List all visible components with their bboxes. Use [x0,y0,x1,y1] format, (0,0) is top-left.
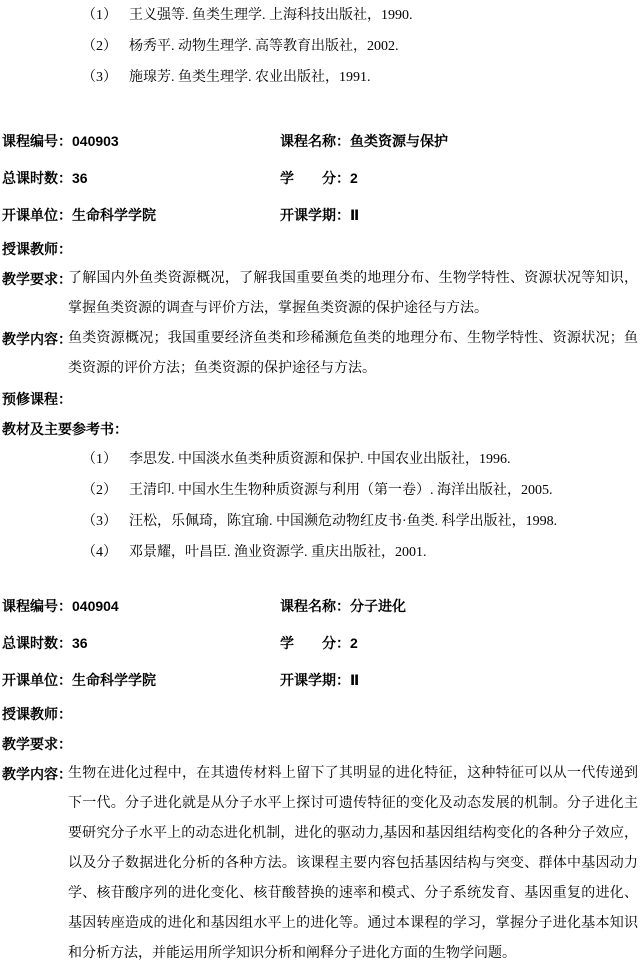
teaching-content-text: 生物在进化过程中，在其遗传材料上留下了其明显的进化特征，这种特征可以从一代传递到… [68,766,638,961]
textbook-text: 汪松，乐佩琦，陈宜瑜. 中国濒危动物红皮书·鱼类. 科学出版社，1998. [129,514,557,529]
textbook-text: 王清印. 中国水生生物种质资源与利用（第一卷）. 海洋出版社，2005. [129,483,553,498]
course-term-value: Ⅱ [350,207,359,223]
course-hours-label: 总课时数： [2,635,72,651]
course-code-value: 040903 [72,133,119,149]
course-credit-value: 2 [350,170,358,186]
course-teacher-label: 授课教师： [2,234,638,264]
course-code-value: 040904 [72,598,119,614]
course-unit-term-row: 开课单位：生命科学学院 开课学期：Ⅱ [2,662,638,699]
reference-number: （3） [82,62,117,93]
course-block-040904: 课程编号：040904 课程名称：分子进化 总课时数：36 学 分：2 开课单位… [2,588,638,967]
course-term-label: 开课学期： [280,672,350,688]
course-name-value: 鱼类资源与保护 [350,133,448,149]
course-unit-label: 开课单位： [2,672,72,688]
course-hours-credit-row: 总课时数：36 学 分：2 [2,625,638,662]
course-block-040903: 课程编号：040903 课程名称：鱼类资源与保护 总课时数：36 学 分：2 开… [2,123,638,568]
top-reference-list: （1）王义强等. 鱼类生理学. 上海科技出版社，1990. （2）杨秀平. 动物… [2,0,638,93]
course-unit-value: 生命科学学院 [72,207,156,223]
course-credit-value: 2 [350,635,358,651]
course-term-value: Ⅱ [350,672,359,688]
reference-text: 杨秀平. 动物生理学. 高等教育出版社，2002. [129,39,399,54]
course-name-value: 分子进化 [350,598,406,614]
course-catalog-page: （1）王义强等. 鱼类生理学. 上海科技出版社，1990. （2）杨秀平. 动物… [0,0,643,967]
reference-item: （1）王义强等. 鱼类生理学. 上海科技出版社，1990. [82,0,638,31]
textbook-item: （3）汪松，乐佩琦，陈宜瑜. 中国濒危动物红皮书·鱼类. 科学出版社，1998. [82,506,638,537]
teaching-content: 教学内容： 生物在进化过程中，在其遗传材料上留下了其明显的进化特征，这种特征可以… [2,759,638,967]
course-hours-label: 总课时数： [2,170,72,186]
reference-number: （1） [82,0,117,31]
teaching-requirements: 教学要求： 了解国内外鱼类资源概况，了解我国重要鱼类的地理分布、生物学特性、资源… [2,264,638,324]
reference-item: （3）施瑔芳. 鱼类生理学. 农业出版社，1991. [82,62,638,93]
teaching-content: 教学内容： 鱼类资源概况；我国重要经济鱼类和珍稀濒危鱼类的地理分布、生物学特性、… [2,324,638,384]
reference-item: （2）杨秀平. 动物生理学. 高等教育出版社，2002. [82,31,638,62]
textbook-item: （4）邓景耀，叶昌臣. 渔业资源学. 重庆出版社，2001. [82,537,638,568]
course-code-name-row: 课程编号：040904 课程名称：分子进化 [2,588,638,625]
teaching-requirements-label: 教学要求： [2,264,72,294]
course-unit-label: 开课单位： [2,207,72,223]
teaching-content-label: 教学内容： [2,759,72,789]
course-teacher-label: 授课教师： [2,699,638,729]
reference-text: 王义强等. 鱼类生理学. 上海科技出版社，1990. [129,8,413,23]
textbooks-label: 教材及主要参考书： [2,414,638,444]
course-code-name-row: 课程编号：040903 课程名称：鱼类资源与保护 [2,123,638,160]
prerequisite-label: 预修课程： [2,384,638,414]
course-code-label: 课程编号： [2,598,72,614]
textbook-number: （3） [82,506,117,537]
course-credit-label: 学 分： [280,635,350,651]
textbook-list: （1）李思发. 中国淡水鱼类种质资源和保护. 中国农业出版社，1996. （2）… [2,444,638,568]
textbook-number: （1） [82,444,117,475]
textbook-text: 李思发. 中国淡水鱼类种质资源和保护. 中国农业出版社，1996. [129,452,511,467]
course-term-label: 开课学期： [280,207,350,223]
course-unit-value: 生命科学学院 [72,672,156,688]
teaching-requirements-label: 教学要求： [2,729,638,759]
course-unit-term-row: 开课单位：生命科学学院 开课学期：Ⅱ [2,197,638,234]
course-hours-value: 36 [72,170,88,186]
textbook-text: 邓景耀，叶昌臣. 渔业资源学. 重庆出版社，2001. [129,545,427,560]
reference-text: 施瑔芳. 鱼类生理学. 农业出版社，1991. [129,70,371,85]
textbook-number: （2） [82,475,117,506]
textbook-number: （4） [82,537,117,568]
course-credit-label: 学 分： [280,170,350,186]
teaching-content-text: 鱼类资源概况；我国重要经济鱼类和珍稀濒危鱼类的地理分布、生物学特性、资源状况；鱼… [68,331,638,376]
textbook-item: （1）李思发. 中国淡水鱼类种质资源和保护. 中国农业出版社，1996. [82,444,638,475]
course-name-label: 课程名称： [280,598,350,614]
teaching-content-label: 教学内容： [2,324,72,354]
reference-number: （2） [82,31,117,62]
course-code-label: 课程编号： [2,133,72,149]
textbook-item: （2）王清印. 中国水生生物种质资源与利用（第一卷）. 海洋出版社，2005. [82,475,638,506]
course-name-label: 课程名称： [280,133,350,149]
teaching-requirements-text: 了解国内外鱼类资源概况，了解我国重要鱼类的地理分布、生物学特性、资源状况等知识，… [68,271,638,316]
course-hours-value: 36 [72,635,88,651]
course-hours-credit-row: 总课时数：36 学 分：2 [2,160,638,197]
